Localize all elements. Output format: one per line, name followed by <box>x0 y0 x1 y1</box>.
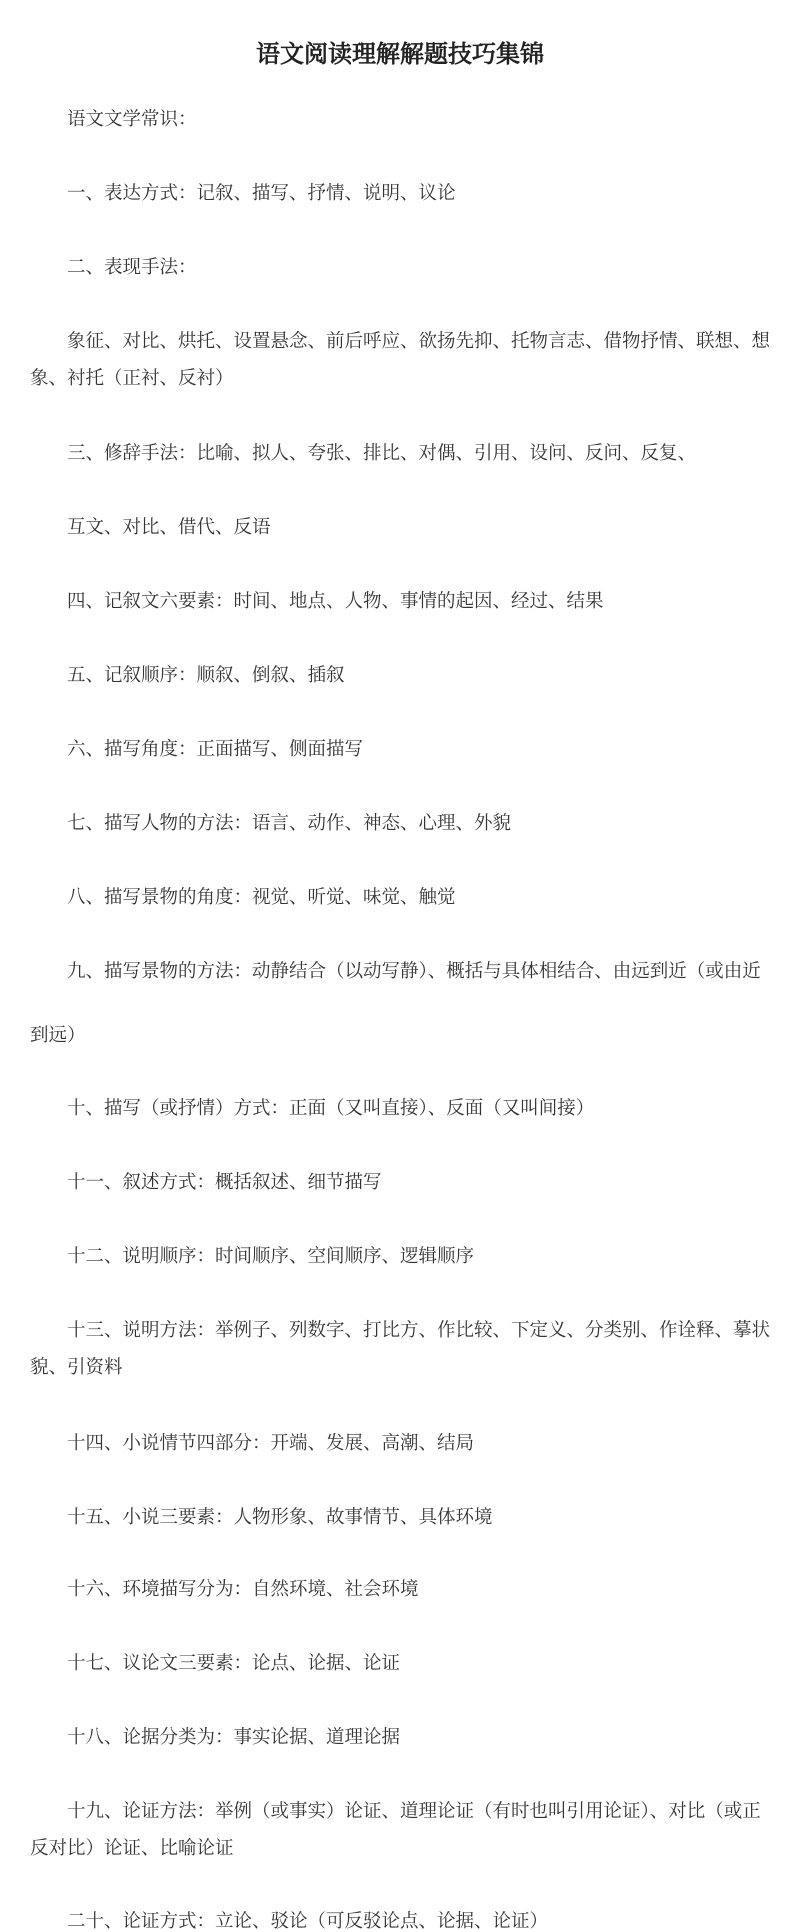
paragraph-narrative-elements: 四、记叙文六要素：时间、地点、人物、事情的起因、经过、结果 <box>30 583 775 620</box>
paragraph-techniques-list: 象征、对比、烘托、设置悬念、前后呼应、欲扬先抑、托物言志、借物抒情、联想、想象、… <box>30 323 775 397</box>
paragraph-scenery-methods: 九、描写景物的方法：动静结合（以动写静）、概括与具体相结合、由远到近（或由近到远… <box>30 940 775 1068</box>
paragraph-novel-elements: 十五、小说三要素：人物形象、故事情节、具体环境 <box>30 1499 775 1536</box>
paragraph-argument-elements: 十七、议论文三要素：论点、论据、论证 <box>30 1645 775 1682</box>
paragraph-narration-modes: 十一、叙述方式：概括叙述、细节描写 <box>30 1164 775 1201</box>
paragraph-character-methods: 七、描写人物的方法：语言、动作、神态、心理、外貌 <box>30 805 775 842</box>
paragraph-exposition-order: 十二、说明顺序：时间顺序、空间顺序、逻辑顺序 <box>30 1238 775 1275</box>
paragraph-environment-types: 十六、环境描写分为：自然环境、社会环境 <box>30 1571 775 1608</box>
page-title: 语文阅读理解解题技巧集锦 <box>0 36 800 72</box>
paragraph-argument-modes: 二十、论证方式：立论、驳论（可反驳论点、论据、论证） <box>30 1903 775 1932</box>
paragraph-narrative-order: 五、记叙顺序：顺叙、倒叙、插叙 <box>30 657 775 694</box>
paragraph-scenery-angle: 八、描写景物的角度：视觉、听觉、味觉、触觉 <box>30 879 775 916</box>
paragraph-rhetoric: 三、修辞手法：比喻、拟人、夸张、排比、对偶、引用、设问、反问、反复、 <box>30 435 775 472</box>
paragraph-expression-modes: 一、表达方式：记叙、描写、抒情、说明、议论 <box>30 175 775 212</box>
paragraph-rhetoric-cont: 互文、对比、借代、反语 <box>30 509 775 546</box>
paragraph-description-modes: 十、描写（或抒情）方式：正面（又叫直接）、反面（又叫间接） <box>30 1090 775 1127</box>
paragraph-plot-parts: 十四、小说情节四部分：开端、发展、高潮、结局 <box>30 1425 775 1462</box>
paragraph-evidence-types: 十八、论据分类为：事实论据、道理论据 <box>30 1719 775 1756</box>
paragraph-techniques-heading: 二、表现手法： <box>30 249 775 286</box>
paragraph-exposition-methods: 十三、说明方法：举例子、列数字、打比方、作比较、下定义、分类别、作诠释、摹状貌、… <box>30 1312 775 1386</box>
paragraph-description-angle: 六、描写角度：正面描写、侧面描写 <box>30 731 775 768</box>
paragraph-intro: 语文文学常识： <box>30 101 775 138</box>
paragraph-argument-methods: 十九、论证方法：举例（或事实）论证、道理论证（有时也叫引用论证）、对比（或正反对… <box>30 1793 775 1867</box>
